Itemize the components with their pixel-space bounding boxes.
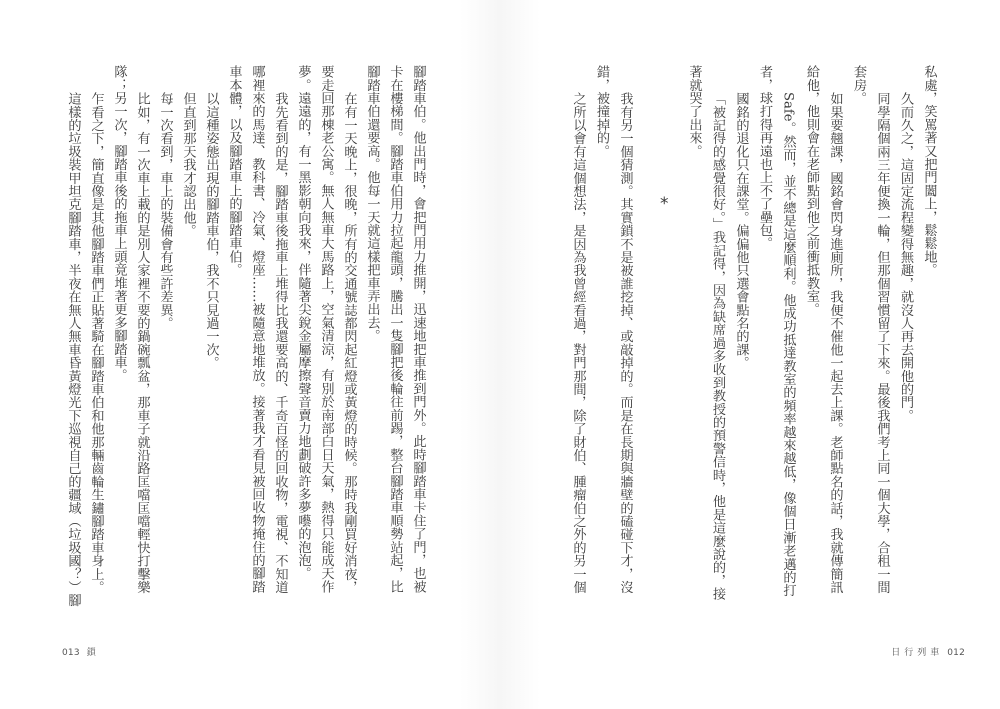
text-column: 我有另一個猜測。其實鎖不是被誰挖掉、或敲掉的。而是在長期與牆壁的磕碰下才，沒	[614, 92, 637, 594]
page-footer-right: 日行列車012	[891, 647, 965, 659]
text-column: 腳踏車伯還要高。他每一天就這樣把車弄出去。	[361, 65, 384, 342]
text-column: 車本體，以及腳踏車上的腳踏車伯。	[223, 65, 246, 276]
right-page: 私處，笑罵著又把門闔上，鬆鬆地。 久而久之，這固定流程變得無趣，就沒人再去開他的…	[500, 0, 1000, 709]
text-column: 以這種姿態出現的腳踏車伯，我不只見過一次。	[200, 92, 223, 369]
page-number: 012	[947, 648, 965, 658]
page-footer-left: 013鎖	[62, 647, 96, 659]
text-column: 者，球打得再遠也上不了壘包。	[753, 65, 776, 250]
chapter-title: 鎖	[87, 648, 96, 658]
text-column: 要走回那棟老公寓。無人無車大馬路上，空氣清涼，有別於南部白日天氣，熱得只能成天作	[315, 65, 338, 593]
text-column: 在有一天晚上，很晚，所有的交通號誌都閃起紅燈或黃燈的時候。那時我剛買好消夜，	[338, 92, 361, 594]
text-column: 每一次看到，車上的裝備會有些許差異。	[154, 92, 177, 330]
text-column: 腳踏車伯。他出門時，會把門用力推開，迅速地把車推到門外。此時腳踏車卡住了門，也被	[407, 65, 430, 593]
text-column: 這樣的垃圾裝甲坦克腳踏車，半夜在無人無車昏黃燈光下巡視自己的疆域（垃圾國？）腳	[62, 92, 85, 607]
text-column: 如果要翹課，國銘會閃身進廁所，我便不催他一起去上課。老師點名的話，我就傳簡訊	[824, 92, 847, 594]
text-column: 比如，有一次車上載的是別人家裡不要的鍋碗瓢盆，那車子就沿路匡噹匡噹輕快打擊樂	[131, 92, 154, 594]
text-column: 久而久之，這固定流程變得無趣，就沒人再去開他的門。	[894, 92, 917, 422]
text-column: 著就哭了出來。	[683, 65, 706, 157]
text-column: 我先看到的是，腳踏車後拖車上堆得比我還要高的、千奇百怪的回收物，電視、不知道	[269, 92, 292, 594]
text-column: 同學隔個兩三年便換一輪，但那個習慣留了下來。最後我們考上同一個大學，合租一間	[871, 92, 894, 594]
text-column: Safe。然而，並不總是這麼順利。他成功抵達教室的頻率越來越低，像個日漸老邁的打	[777, 92, 800, 597]
text-column: 卡在樓梯間。腳踏車伯用力拉起龍頭，騰出一隻腳把後輪往前踢，整台腳踏車順勢站起，比	[384, 65, 407, 593]
text-column: 但直到那天我才認出他。	[177, 92, 200, 237]
text-column: 夢。遠遠的，有一黑影朝向我來，伴隨著尖銳金屬摩擦聲音賣力地劃破許多夢囈的泡泡。	[292, 65, 315, 580]
page-number: 013	[62, 648, 80, 658]
text-column: 哪裡來的馬達、教科書、冷氣、燈座……被隨意地堆放。接著我才看見被回收物掩住的腳踏	[246, 65, 269, 593]
text-column: 私處，笑罵著又把門闔上，鬆鬆地。	[918, 65, 941, 276]
text-column: 套房。	[847, 65, 870, 105]
text-column: 「被記得的感覺很好。」我記得，因為缺席過多收到教授的預警信時，他是這麼說的，接	[706, 92, 729, 600]
text-column: 之所以會有這個想法，是因為我曾經看過，對門那間，除了財伯、腫瘤伯之外的另一個	[567, 92, 590, 594]
text-column: 隊；另一次，腳踏車後的拖車上頭竟堆著更多腳踏車。	[108, 65, 131, 382]
left-page: 腳踏車伯。他出門時，會把門用力推開，迅速地把車推到門外。此時腳踏車卡住了門，也被…	[0, 0, 500, 709]
section-break-asterisk: *	[660, 196, 669, 213]
book-title: 日行列車	[891, 648, 943, 658]
text-column: 乍看之下，簡直像是其他腳踏車們正貼著騎在腳踏車伯和他那輛齒輪生鏽腳踏車身上。	[85, 92, 108, 594]
text-column: 給他，他則會在老師點到他之前衝抵教室。	[800, 65, 823, 316]
text-column: 國銘的退化只在課堂。偏偏他只選會點名的課。	[730, 92, 753, 369]
text-column: 錯，被撞掉的。	[590, 65, 613, 157]
